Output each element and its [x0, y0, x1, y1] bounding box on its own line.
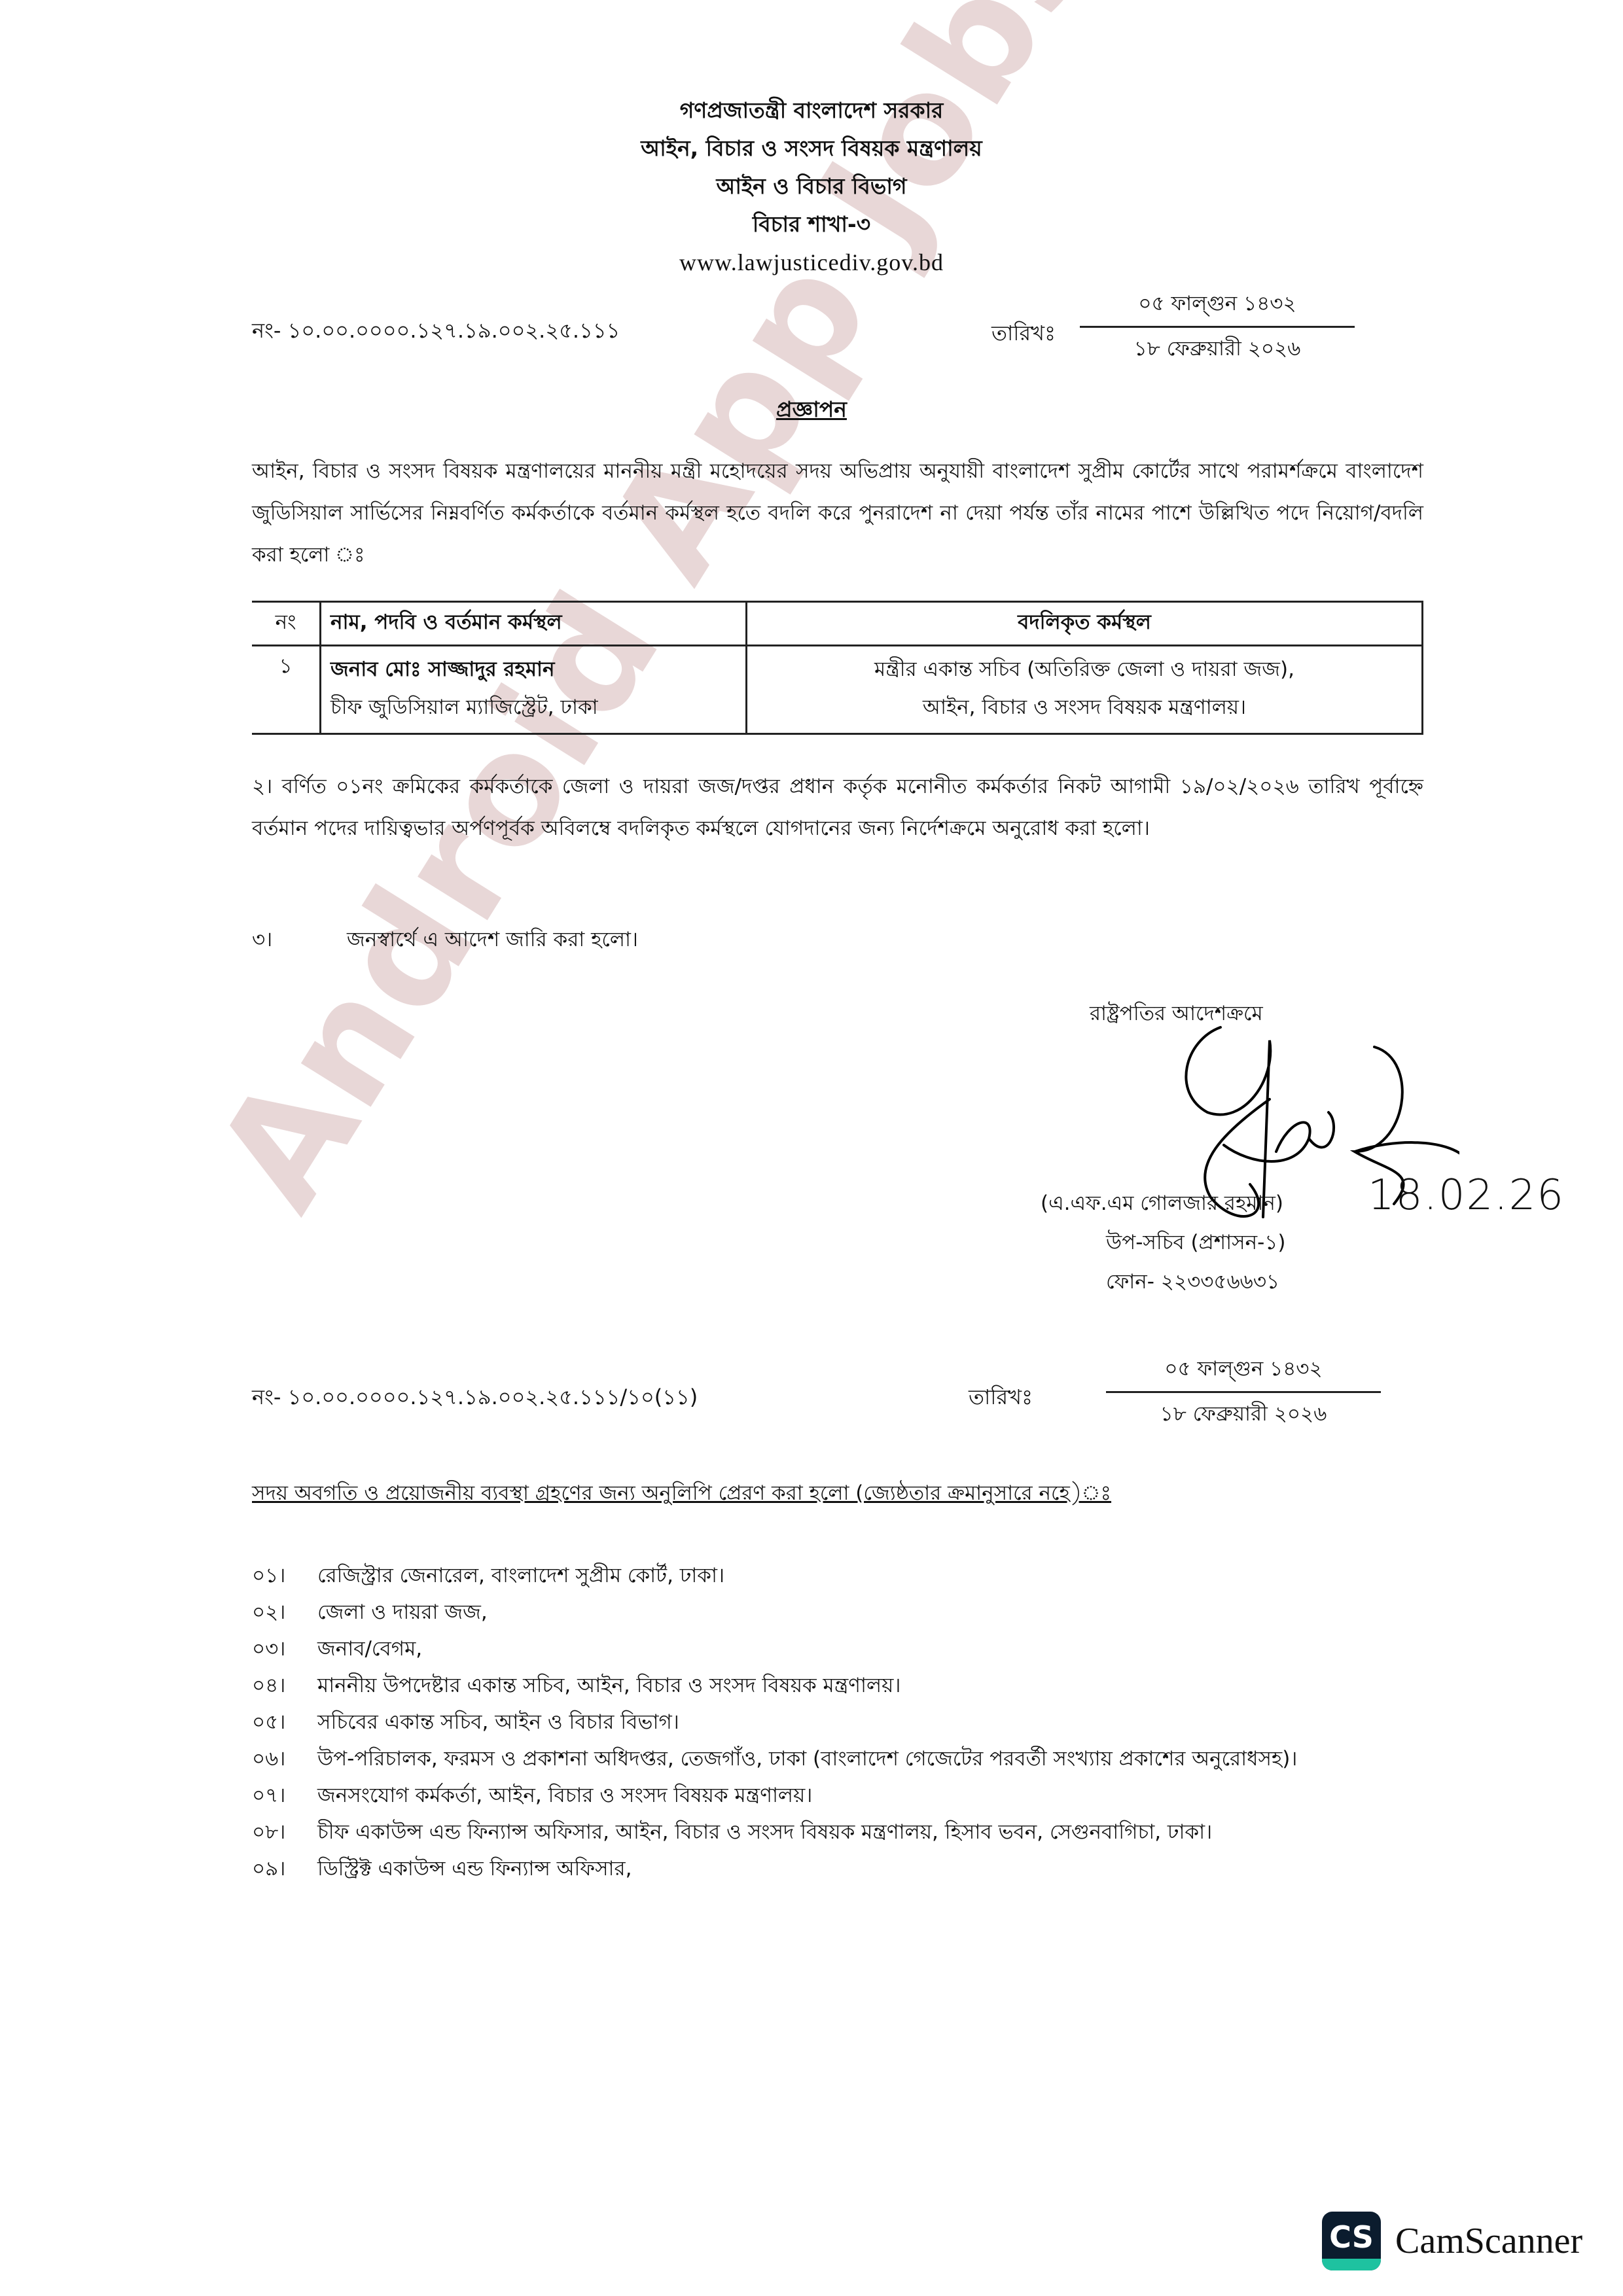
list-item-text: রেজিস্ট্রার জেনারেল, বাংলাদেশ সুপ্রীম কো… [317, 1557, 724, 1594]
list-item-text: জেলা ও দায়রা জজ, [317, 1594, 488, 1631]
officer-name: জনাব মোঃ সাজ্জাদুর রহমান [330, 650, 736, 688]
col-header-no: নং [252, 602, 321, 646]
memo2-number: নং- ১০.০০.০০০০.১২৭.১৯.০০২.২৫.১১১/১০(১১) [252, 1381, 698, 1416]
memo2-date-bangla: ০৫ ফাল্গুন ১৪৩২ [1106, 1353, 1381, 1387]
memo2-date-label: তারিখঃ [969, 1381, 1033, 1416]
camscanner-name: CamScanner [1395, 2220, 1582, 2262]
list-item: ০৪।মাননীয় উপদেষ্টার একান্ত সচিব, আইন, ব… [252, 1667, 1423, 1704]
list-item: ০৬।উপ-পরিচালক, ফরমস ও প্রকাশনা অধিদপ্তর,… [252, 1740, 1423, 1777]
date-divider [1080, 326, 1355, 328]
list-item-text: ডিস্ট্রিক্ট একাউন্স এন্ড ফিন্যান্স অফিসা… [317, 1850, 632, 1887]
ministry-name: আইন, বিচার ও সংসদ বিষয়ক মন্ত্রণালয় [0, 130, 1623, 168]
branch-name: বিচার শাখা-৩ [0, 205, 1623, 243]
list-item-number: ০৬। [252, 1740, 317, 1777]
govt-name: গণপ্রজাতন্ত্রী বাংলাদেশ সরকার [0, 92, 1623, 130]
notification-title: প্রজ্ঞাপন [0, 393, 1623, 429]
memo2-date: ০৫ ফাল্গুন ১৪৩২ ১৮ ফেব্রুয়ারী ২০২৬ [1106, 1353, 1381, 1432]
list-item-text: সচিবের একান্ত সচিব, আইন ও বিচার বিভাগ। [317, 1704, 679, 1740]
row-name-cell: জনাব মোঃ সাজ্জাদুর রহমান চীফ জুডিসিয়াল … [321, 646, 747, 734]
list-item-text: চীফ একাউন্স এন্ড ফিন্যান্স অফিসার, আইন, … [317, 1814, 1212, 1850]
col-header-new-post: বদলিকৃত কর্মস্থল [747, 602, 1423, 646]
paragraph-3-text: জনস্বার্থে এ আদেশ জারি করা হলো। [347, 919, 638, 961]
new-post-line2: আইন, বিচার ও সংসদ বিষয়ক মন্ত্রণালয়। [757, 688, 1412, 726]
copy-list: ০১।রেজিস্ট্রার জেনারেল, বাংলাদেশ সুপ্রীম… [252, 1557, 1423, 1887]
new-post-line1: মন্ত্রীর একান্ত সচিব (অতিরিক্ত জেলা ও দা… [757, 650, 1412, 688]
handwritten-date: 18.02.26 [1368, 1171, 1565, 1220]
list-item-text: মাননীয় উপদেষ্টার একান্ত সচিব, আইন, বিচা… [317, 1667, 901, 1704]
list-item: ০৯।ডিস্ট্রিক্ট একাউন্স এন্ড ফিন্যান্স অফ… [252, 1850, 1423, 1887]
col-header-name: নাম, পদবি ও বর্তমান কর্মস্থল [321, 602, 747, 646]
memo-number: নং- ১০.০০.০০০০.১২৭.১৯.০০২.২৫.১১১ [252, 314, 620, 349]
division-name: আইন ও বিচার বিভাগ [0, 168, 1623, 205]
list-item: ০১।রেজিস্ট্রার জেনারেল, বাংলাদেশ সুপ্রীম… [252, 1557, 1423, 1594]
officer-current-post: চীফ জুডিসিয়াল ম্যাজিস্ট্রেট, ঢাকা [330, 688, 736, 726]
intro-paragraph: আইন, বিচার ও সংসদ বিষয়ক মন্ত্রণালয়ের ম… [252, 450, 1423, 576]
signatory-phone: ফোন- ২২৩৩৫৬৬৩১ [1106, 1263, 1279, 1301]
list-item-number: ০৭। [252, 1777, 317, 1814]
paragraph-3-number: ৩। [252, 919, 272, 961]
list-item-text: জনসংযোগ কর্মকর্তা, আইন, বিচার ও সংসদ বিষ… [317, 1777, 812, 1814]
posting-table: নং নাম, পদবি ও বর্তমান কর্মস্থল বদলিকৃত … [252, 601, 1423, 735]
list-item: ০৮।চীফ একাউন্স এন্ড ফিন্যান্স অফিসার, আই… [252, 1814, 1423, 1850]
list-item-number: ০৩। [252, 1631, 317, 1667]
row-no: ১ [252, 646, 321, 734]
memo2-date-divider [1106, 1391, 1381, 1393]
list-item-text: উপ-পরিচালক, ফরমস ও প্রকাশনা অধিদপ্তর, তে… [317, 1740, 1297, 1777]
camscanner-badge: CS CamScanner [1322, 2212, 1582, 2270]
list-item: ০৩।জনাব/বেগম, [252, 1631, 1423, 1667]
list-item-number: ০৪। [252, 1667, 317, 1704]
memo2-date-gregorian: ১৮ ফেব্রুয়ারী ২০২৬ [1106, 1398, 1381, 1432]
date-bangla: ০৫ ফাল্গুন ১৪৩২ [1080, 288, 1355, 322]
memo-date: ০৫ ফাল্গুন ১৪৩২ ১৮ ফেব্রুয়ারী ২০২৬ [1080, 288, 1355, 367]
table-header-row: নং নাম, পদবি ও বর্তমান কর্মস্থল বদলিকৃত … [252, 602, 1423, 646]
letterhead: গণপ্রজাতন্ত্রী বাংলাদেশ সরকার আইন, বিচার… [0, 92, 1623, 281]
list-item-number: ০১। [252, 1557, 317, 1594]
date-label: তারিখঃ [991, 317, 1056, 352]
date-gregorian: ১৮ ফেব্রুয়ারী ২০২৬ [1080, 333, 1355, 367]
list-item-number: ০৮। [252, 1814, 317, 1850]
list-item: ০২।জেলা ও দায়রা জজ, [252, 1594, 1423, 1631]
copy-heading: সদয় অবগতি ও প্রয়োজনীয় ব্যবস্থা গ্রহণে… [252, 1472, 1111, 1514]
list-item-text: জনাব/বেগম, [317, 1631, 422, 1667]
table-row: ১ জনাব মোঃ সাজ্জাদুর রহমান চীফ জুডিসিয়া… [252, 646, 1423, 734]
list-item-number: ০৯। [252, 1850, 317, 1887]
row-new-post-cell: মন্ত্রীর একান্ত সচিব (অতিরিক্ত জেলা ও দা… [747, 646, 1423, 734]
paragraph-2: ২। বর্ণিত ০১নং ক্রমিকের কর্মকর্তাকে জেলা… [252, 766, 1423, 849]
list-item-number: ০৫। [252, 1704, 317, 1740]
signatory-name: (এ.এফ.এম গোলজার রহমান) [1041, 1184, 1283, 1222]
website-link[interactable]: www.lawjusticediv.gov.bd [0, 243, 1623, 281]
signatory-designation: উপ-সচিব (প্রশাসন-১) [1106, 1224, 1286, 1262]
list-item: ০৭।জনসংযোগ কর্মকর্তা, আইন, বিচার ও সংসদ … [252, 1777, 1423, 1814]
list-item-number: ০২। [252, 1594, 317, 1631]
camscanner-logo-icon: CS [1322, 2212, 1381, 2270]
list-item: ০৫।সচিবের একান্ত সচিব, আইন ও বিচার বিভাগ… [252, 1704, 1423, 1740]
